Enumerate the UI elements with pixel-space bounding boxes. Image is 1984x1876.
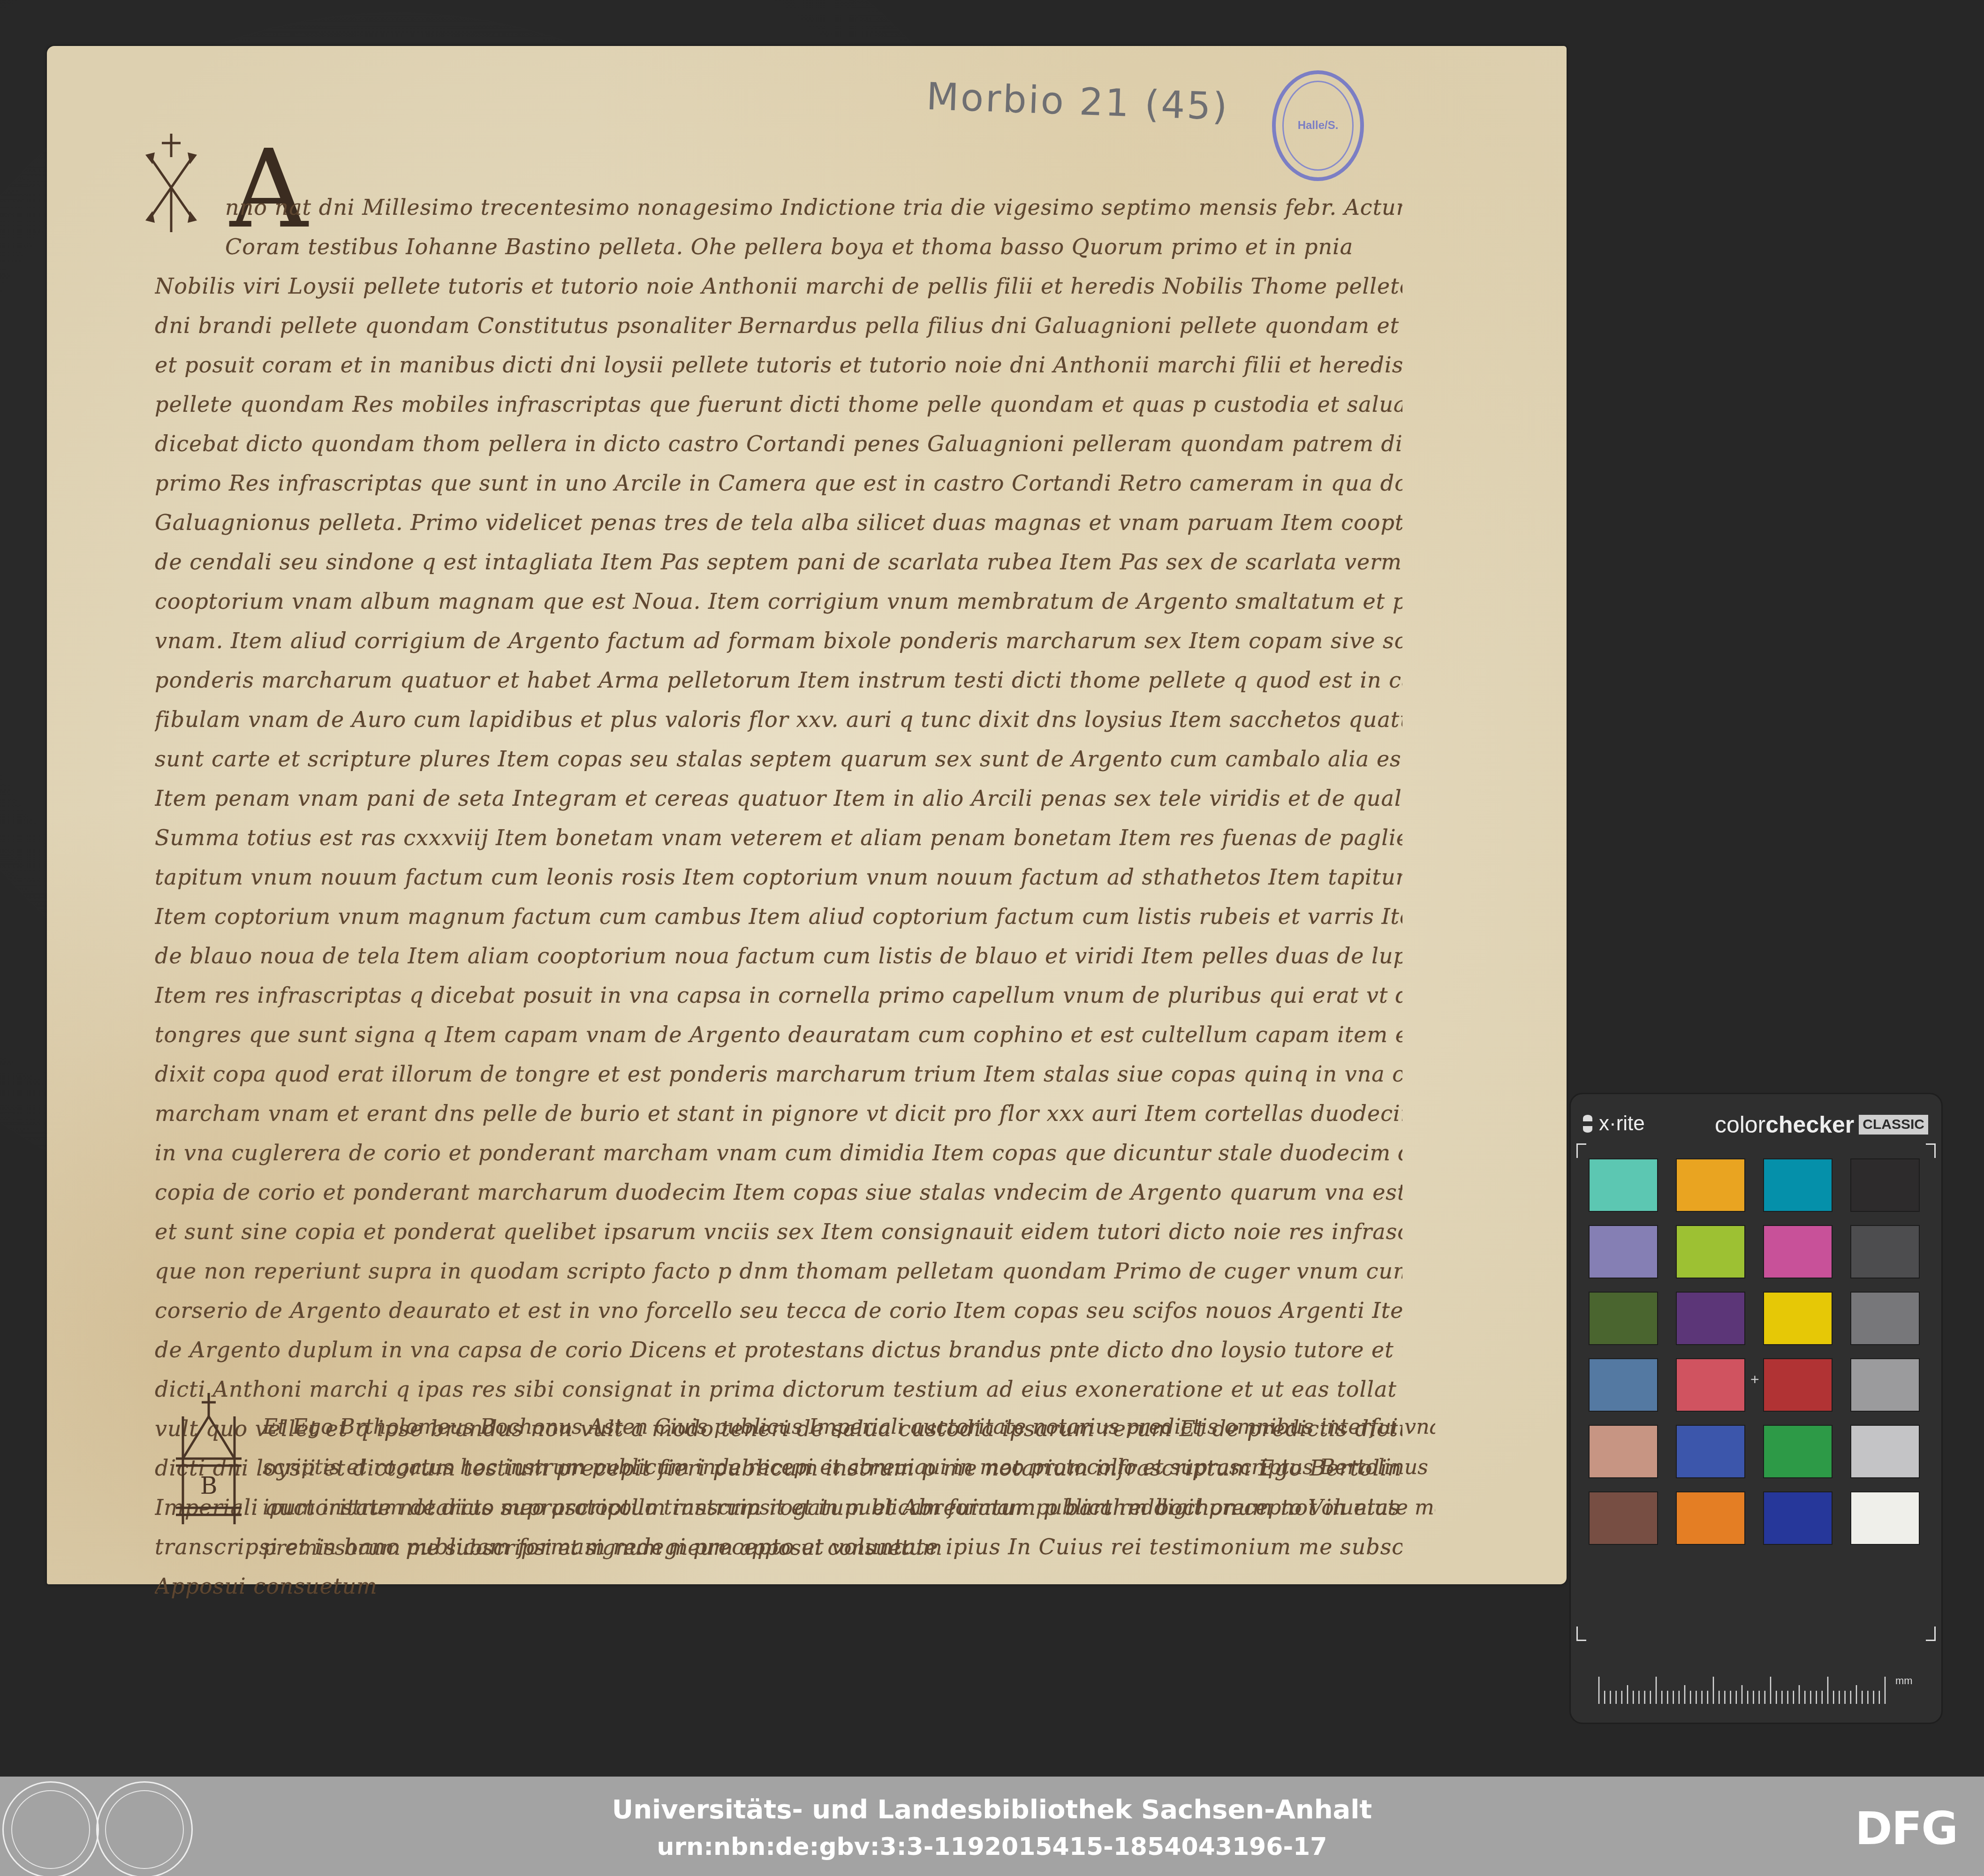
color-patch (1676, 1292, 1745, 1345)
corner-mark (1576, 1626, 1586, 1641)
mm-ruler (1598, 1676, 1889, 1704)
document-body-text: nno nat dni Millesimo trecentesimo nonag… (155, 188, 1402, 1606)
color-patch (1763, 1225, 1833, 1278)
text-line: vnam. Item aliud corrigium de Argento fa… (155, 621, 1402, 660)
color-patch (1850, 1292, 1920, 1345)
color-patch (1850, 1225, 1920, 1278)
text-line: dicebat dicto quondam thom pellera in di… (155, 424, 1402, 463)
color-patch (1850, 1158, 1920, 1212)
classic-badge: CLASSIC (1859, 1115, 1928, 1135)
color-patch (1589, 1292, 1658, 1345)
text-line: in vna cuglerera de corio et ponderant m… (155, 1133, 1402, 1172)
color-patch (1589, 1425, 1658, 1478)
text-line: pellete quondam Res mobiles infrascripta… (155, 385, 1402, 424)
text-line: sunt carte et scripture plures Item copa… (155, 739, 1402, 779)
text-line: Item res infrascriptas q dicebat posuit … (155, 976, 1402, 1015)
xrite-brand: x·rite (1599, 1112, 1645, 1135)
text-line: que non reperiunt supra in quodam script… (155, 1251, 1402, 1291)
title-bold: checker (1765, 1111, 1854, 1138)
color-patch-grid (1589, 1158, 1920, 1545)
color-patch (1763, 1425, 1833, 1478)
text-line: Galuagnionus pelleta. Primo videlicet pe… (155, 503, 1402, 542)
color-patch (1589, 1225, 1658, 1278)
text-line: dixit copa quod erat illorum de tongre e… (155, 1054, 1402, 1094)
text-line: dni brandi pellete quondam Constitutus p… (155, 306, 1402, 345)
text-line: cooptorium vnam album magnam que est Nou… (155, 582, 1402, 621)
corner-mark (1926, 1143, 1936, 1158)
color-patch (1589, 1358, 1658, 1412)
dfg-logo: DFG (1855, 1802, 1957, 1855)
corner-mark (1926, 1626, 1936, 1641)
text-line: fibulam vnam de Auro cum lapidibus et pl… (155, 700, 1402, 739)
subscription-line: Et Ego Brtholomeus Bochonus Asten Ciuis … (263, 1407, 1435, 1447)
color-patch (1676, 1158, 1745, 1212)
text-line: corserio de Argento deaurato et est in v… (155, 1291, 1402, 1330)
text-line: Item penam vnam pani de seta Integram et… (155, 779, 1402, 818)
color-patch (1676, 1358, 1745, 1412)
urn-identifier: urn:nbn:de:gbv:3:3-1192015415-1854043196… (0, 1833, 1984, 1861)
color-patch (1763, 1358, 1833, 1412)
text-line: et posuit coram et in manibus dicti dni … (155, 345, 1402, 385)
color-patch (1589, 1158, 1658, 1212)
text-line: Nobilis viri Loysii pellete tutoris et t… (155, 266, 1402, 306)
notary-tower-monogram-icon: B (169, 1388, 249, 1529)
text-line: tapitum vnum nouum factum cum leonis ros… (155, 857, 1402, 897)
library-stamp: Halle/S. (1272, 70, 1364, 181)
text-line: tongres que sunt signa q Item capam vnam… (155, 1015, 1402, 1054)
institution-name: Universitäts- und Landesbibliothek Sachs… (0, 1794, 1984, 1825)
color-patch (1676, 1225, 1745, 1278)
color-patch (1763, 1292, 1833, 1345)
text-line: de Argento duplum in vna capsa de corio … (155, 1330, 1402, 1369)
xrite-logo: x·rite (1581, 1112, 1645, 1135)
colorchecker-card: x·rite color checker CLASSIC + mm (1569, 1093, 1943, 1724)
color-patch (1763, 1491, 1833, 1545)
color-patch (1589, 1491, 1658, 1545)
ruler-unit: mm (1895, 1675, 1913, 1687)
text-line: et sunt sine copia et ponderat quelibet … (155, 1212, 1402, 1251)
crosshair-icon: + (1750, 1372, 1759, 1387)
text-line: de cendali seu sindone q est intagliata … (155, 542, 1402, 582)
monogram-letter: B (200, 1472, 218, 1499)
color-patch (1676, 1491, 1745, 1545)
text-line: de blauo noua de tela Item aliam cooptor… (155, 936, 1402, 976)
color-patch (1850, 1491, 1920, 1545)
subscription-line: ipum instrum de dicto meo protocollo tra… (263, 1488, 1435, 1528)
text-line: dicti Anthoni marchi q ipas res sibi con… (155, 1369, 1402, 1409)
text-line: copia de corio et ponderant marcharum du… (155, 1172, 1402, 1212)
color-patch (1676, 1425, 1745, 1478)
text-line: Apposui consuetum (155, 1566, 1402, 1606)
footer-bar: Universitäts- und Landesbibliothek Sachs… (0, 1777, 1984, 1876)
corner-mark (1576, 1143, 1586, 1158)
title-light: color (1715, 1111, 1765, 1138)
text-line: marcham vnam et erant dns pelle de burio… (155, 1094, 1402, 1133)
xrite-mark-icon (1581, 1115, 1594, 1133)
colorchecker-title: color checker CLASSIC (1715, 1111, 1928, 1138)
color-patch (1850, 1425, 1920, 1478)
text-line: Coram testibus Iohanne Bastino pelleta. … (155, 227, 1402, 266)
color-patch (1763, 1158, 1833, 1212)
subscription-line: premissorum me subscripsi et signum meum… (263, 1528, 1435, 1568)
stamp-ring (1282, 81, 1354, 171)
color-patch (1850, 1358, 1920, 1412)
subscription-line: scriptis et rogatus hoc instrum publicum… (263, 1447, 1435, 1488)
text-line: Summa totius est ras cxxxviij Item bonet… (155, 818, 1402, 857)
text-line: Item coptorium vnum magnum factum cum ca… (155, 897, 1402, 936)
text-line: ponderis marcharum quatuor et habet Arma… (155, 660, 1402, 700)
text-line: nno nat dni Millesimo trecentesimo nonag… (155, 188, 1402, 227)
text-line: primo Res infrascriptas que sunt in uno … (155, 463, 1402, 503)
